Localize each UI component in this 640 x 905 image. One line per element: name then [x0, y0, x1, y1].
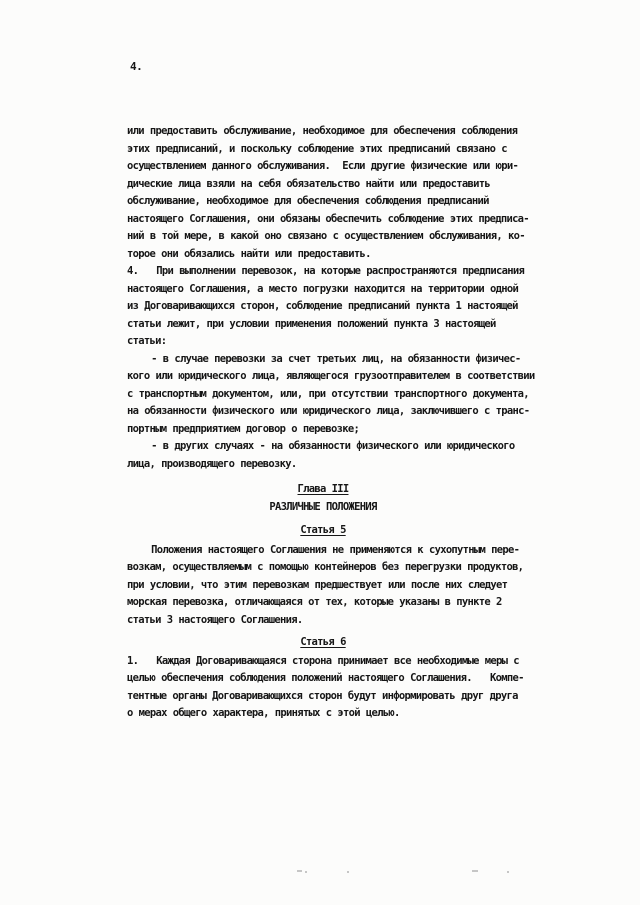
chapter-title: РАЗЛИЧНЫЕ ПОЛОЖЕНИЯ — [127, 499, 563, 517]
scan-artifact — [297, 870, 302, 872]
article-6-paragraph: 1. Каждая Договаривающаяся сторона прини… — [127, 653, 563, 723]
scan-artifact — [347, 871, 349, 873]
article-5-paragraph: Положения настоящего Соглашения не приме… — [127, 542, 563, 630]
paragraph-4: 4. При выполнении перевозок, на которые … — [127, 263, 563, 351]
scan-artifact — [507, 871, 509, 873]
article-5-heading: Статья 5 — [127, 522, 563, 540]
scan-artifact — [305, 871, 307, 873]
paragraph-continuation: или предоставить обслуживание, необходим… — [127, 123, 563, 263]
dash-item-2: - в других случаях - на обязанности физи… — [127, 438, 563, 473]
scan-artifact — [472, 870, 478, 872]
article-6-heading: Статья 6 — [127, 634, 563, 652]
document-page: 4. или предоставить обслуживание, необхо… — [0, 0, 640, 905]
page-number: 4. — [130, 60, 142, 73]
dash-item-1: - в случае перевозки за счет третьих лиц… — [127, 351, 563, 439]
chapter-heading: Глава III — [127, 481, 563, 499]
text-column: или предоставить обслуживание, необходим… — [127, 123, 563, 723]
